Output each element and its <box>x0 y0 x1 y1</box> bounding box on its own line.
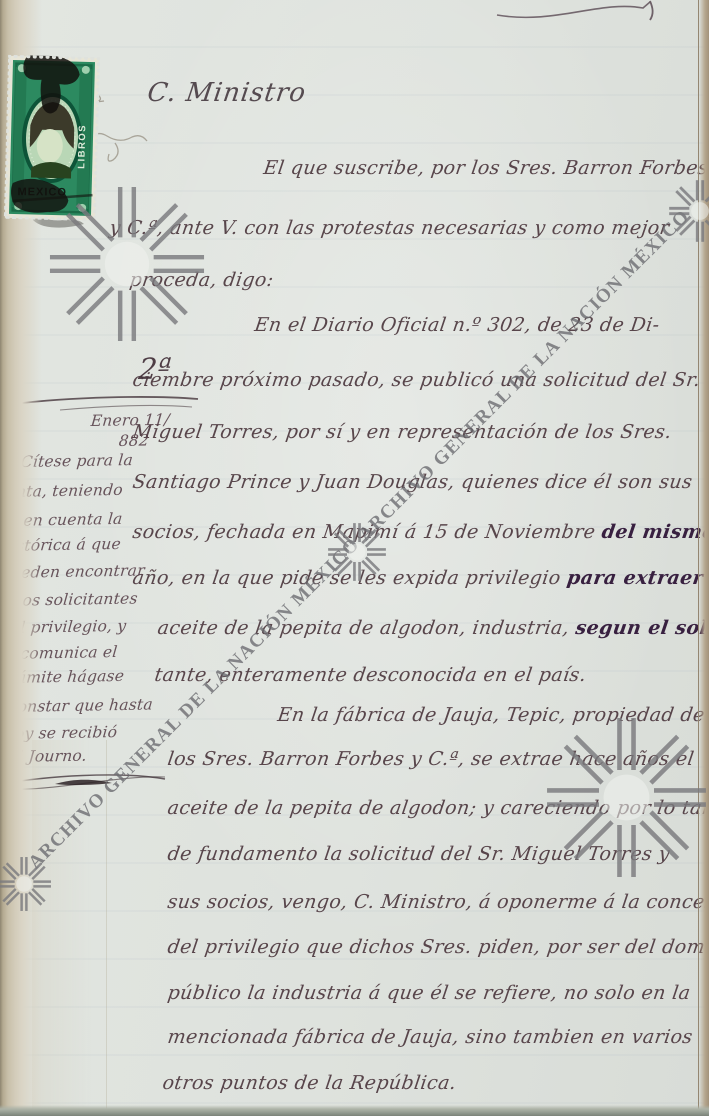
watermark-star-icon <box>0 856 52 912</box>
pen-flourish <box>497 2 650 17</box>
manuscript-line: ciembre próximo pasado, se publicó una s… <box>131 369 702 392</box>
manuscript-line: Miguel Torres, por sí y en representació… <box>131 421 673 444</box>
margin-note-date-year: 882 <box>118 431 150 450</box>
manuscript-line: del privilegio que dichos Sres. piden, p… <box>166 936 709 959</box>
ink-amendment: para extraer <box>566 567 705 589</box>
manuscript-line: mencionada fábrica de Jauja, sino tambie… <box>166 1026 694 1049</box>
manuscript-page: C. Ministro El que suscribe, por los Sre… <box>0 0 709 1116</box>
margin-note-number: 2ª <box>138 359 172 378</box>
manuscript-heading: C. Ministro <box>146 82 308 105</box>
manuscript-line: El que suscribe, por los Sres. Barron Fo… <box>262 157 709 180</box>
watermark-star-icon <box>327 522 387 582</box>
watermark-star-icon <box>47 184 207 344</box>
manuscript-line: sus socios, vengo, C. Ministro, á oponer… <box>166 891 709 914</box>
manuscript-line: En el Diario Oficial n.º 302, de 23 de D… <box>253 314 661 337</box>
manuscript-line: aceite de la pepita de algodon, industri… <box>156 617 709 640</box>
manuscript-line: otros puntos de la República. <box>161 1072 458 1095</box>
margin-underline <box>60 406 192 410</box>
page-right-edge <box>698 0 709 1116</box>
ink-amendment: del mismo <box>600 521 709 543</box>
manuscript-line: año, en la que pide se les expida privil… <box>131 567 705 590</box>
watermark-star-icon <box>668 179 709 243</box>
manuscript-line: público la industria á que él se refiere… <box>166 982 692 1005</box>
watermark-star-icon <box>544 715 709 880</box>
ink-amendment: segun el solici- <box>574 617 709 639</box>
page-bottom-edge <box>0 1105 709 1116</box>
manuscript-line: socios, fechada en Mapimí á 15 de Noviem… <box>131 521 709 544</box>
margin-note-date: Enero 11/ <box>90 411 171 430</box>
stamp-side-text: LIBROS <box>76 124 88 169</box>
pen-flourish <box>650 1 653 20</box>
